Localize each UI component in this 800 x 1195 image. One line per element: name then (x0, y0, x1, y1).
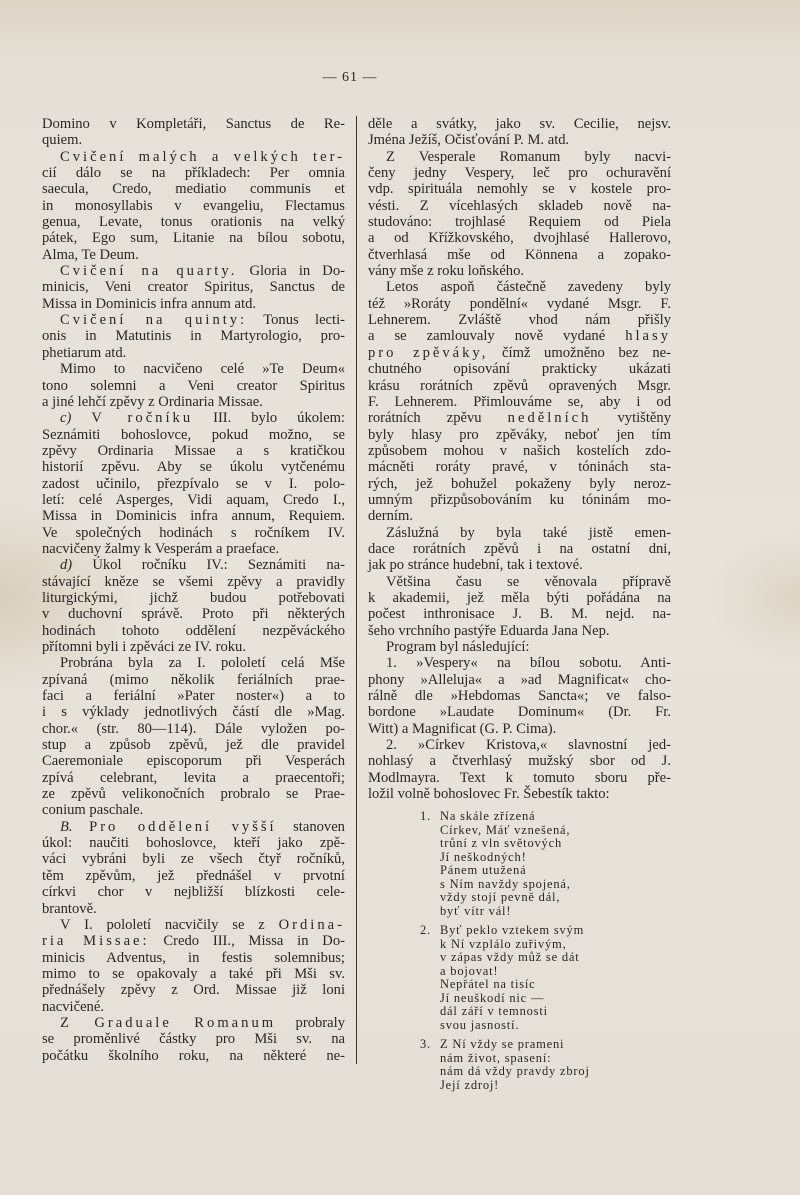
text-line: Letos aspoň částečně zavedeny byly (368, 279, 671, 295)
text-line: Witt) a Magnificat (G. P. Cima). (368, 721, 671, 737)
text-line: in monosyllabis v evangeliu, Flectamus (42, 198, 345, 214)
text-line: historií zpěvu. Aby se úkolu vytčenému (42, 459, 345, 475)
text-line: čeny jedny Vespery, leč pro ochuravění (368, 165, 671, 181)
text-line: saecula, Credo, mediatio communis et (42, 181, 345, 197)
text-line: úkol: naučiti bohoslovce, kteří jako zpě… (42, 835, 345, 851)
text-line: zpěvy Ordinaria Missae a s kratičkou (42, 443, 345, 459)
right-column-text: děle a svátky, jako sv. Cecilie, nejsv.J… (368, 116, 671, 802)
text-line: faci a feriální »Pater noster«) a to (42, 688, 345, 704)
poem-verse: trůní z vln světových (440, 837, 671, 851)
text-line: a jiné lehčí zpěvy z Ordinaria Missae. (42, 394, 345, 410)
text-line: vány mše z roku loňského. (368, 263, 671, 279)
text-line: pátek, Ego sum, Litanie na bílou sobotu, (42, 230, 345, 246)
text-line: Jména Ježíš, Očisťování P. M. atd. (368, 132, 671, 148)
text-line: Z Vesperale Romanum byly nacvi- (368, 149, 671, 165)
poem-verse: s Ním navždy spojená, (440, 878, 671, 892)
text-line: Domino v Kompletáři, Sanctus de Re- (42, 116, 345, 132)
text-line: zpívá celebrant, levita a praecentoři; (42, 770, 345, 786)
text-line: jak po stránce hudební, tak i textové. (368, 557, 671, 573)
text-line: phony »Alleluja« a »ad Magnificat« cho- (368, 672, 671, 688)
text-line: Mimo to nacvičeno celé »Te Deum« (42, 361, 345, 377)
poem-stanza: 3.Z Ní vždy se prameninám život, spasení… (420, 1038, 671, 1092)
text-line: ložil volně bohoslovec Fr. Šebestík takt… (368, 786, 671, 802)
text-line: genua, Levate, tonus orationis na velký (42, 214, 345, 230)
text-line: přednášely zpěvy z Ord. Missae již loni (42, 982, 345, 998)
text-line: počest inthronisace J. B. M. nejd. na- (368, 606, 671, 622)
text-line: Většina času se věnovala přípravě (368, 574, 671, 590)
text-line: phetiarum atd. (42, 345, 345, 361)
text-line: mimo to se opakovaly a také při Mši sv. (42, 966, 345, 982)
text-line: Alma, Te Deum. (42, 247, 345, 263)
text-line: Cvičení na quarty. Gloria in Do- (42, 263, 345, 279)
text-line: Missa in Dominicis infra annum, Requiem. (42, 508, 345, 524)
text-line: B. Pro oddělení vyšší stanoven (42, 819, 345, 835)
text-line: nohlasý a čtverhlasý mužský sbor od J. (368, 753, 671, 769)
stanza-number: 3. (420, 1038, 431, 1052)
column-divider (356, 116, 357, 1064)
poem-verse: Jí neuškodí nic — (440, 992, 671, 1006)
text-line: quiem. (42, 132, 345, 148)
text-line: Missa in Dominicis infra annum atd. (42, 296, 345, 312)
text-line: d) Úkol ročníku IV.: Seznámiti na- (42, 557, 345, 573)
text-line: liturgickými, jichž budou potřebovati (42, 590, 345, 606)
text-line: stávající kněze se všemi zpěvy a pravidl… (42, 574, 345, 590)
poem-verse: Byť peklo vztekem svým (440, 924, 671, 938)
stanza-number: 2. (420, 924, 431, 938)
text-line: chutného opisování prakticky ukázati (368, 361, 671, 377)
text-line: církvi chor v nejbližší blízkosti cele- (42, 884, 345, 900)
poem-verse: byť vítr vál! (440, 905, 671, 919)
text-line: k akademii, jež měla býti pořádána na (368, 590, 671, 606)
poem-verse: Jí neškodných! (440, 851, 671, 865)
text-line: v duchovní správě. Proto při některých (42, 606, 345, 622)
text-line: stup a způsob zpěvů, jež dle pravidel (42, 737, 345, 753)
text-line: Probrána byla za I. pololetí celá Mše (42, 655, 345, 671)
poem-verse: Z Ní vždy se prameni (440, 1038, 671, 1052)
text-line: způsobem mohou v našich kostelích zdo- (368, 443, 671, 459)
poem-verse: svou jasností. (440, 1019, 671, 1033)
text-line: hodinách tohoto oddělení nezpěváckého (42, 623, 345, 639)
text-line: Caeremoniale episcoporum při Vesperách (42, 753, 345, 769)
poem-verse: a bojovat! (440, 965, 671, 979)
text-line: zadost učinilo, přezpívalo se v I. polo- (42, 476, 345, 492)
poem-stanza: 1.Na skále zřízenáCírkev, Máť vznešená,t… (420, 810, 671, 918)
poem: 1.Na skále zřízenáCírkev, Máť vznešená,t… (420, 810, 671, 1092)
text-line: Seznámiti bohoslovce, pokud možno, se (42, 427, 345, 443)
text-line: těm zpěvům, jež přednášel v prvotní (42, 868, 345, 884)
poem-verse: Její zdroj! (440, 1079, 671, 1093)
text-line: byly hlasy pro zpěváky, neboť jen tím (368, 427, 671, 443)
text-line: minicis Adventus, in festis solemnibus; (42, 950, 345, 966)
text-line: rorátních zpěvu nedělních vytištěny (368, 410, 671, 426)
poem-stanza: 2.Byť peklo vztekem svýmk Ní vzplálo zuř… (420, 924, 671, 1032)
text-line: studováno: trojhlasé Requiem od Piela (368, 214, 671, 230)
text-line: též »Roráty pondělní« vydané Msgr. F. (368, 296, 671, 312)
text-line: se proměnlivé částky pro Mši sv. na (42, 1031, 345, 1047)
text-line: nacvičené. (42, 999, 345, 1015)
text-line: šeho vrchního pastýře Eduarda Jana Nep. (368, 623, 671, 639)
text-line: počátku školního roku, na některé ne- (42, 1048, 345, 1064)
poem-verse: Pánem utužená (440, 864, 671, 878)
text-line: krásu rorátních zpěvů opravených Msgr. (368, 378, 671, 394)
text-line: letí: celé Asperges, Vidi aquam, Credo I… (42, 492, 345, 508)
text-line: derním. (368, 508, 671, 524)
text-line: Program byl následující: (368, 639, 671, 655)
poem-verse: vždy stojí pevně dál, (440, 891, 671, 905)
text-line: Z Graduale Romanum probraly (42, 1015, 345, 1031)
text-line: bordone »Laudate Dominum« (Dr. Fr. (368, 704, 671, 720)
stanza-number: 1. (420, 810, 431, 824)
text-line: dace rorátních zpěvů i na ostatní dni, (368, 541, 671, 557)
text-line: ria Missae: Credo III., Missa in Do- (42, 933, 345, 949)
text-line: vdp. spirituála nemohly se v kostele pro… (368, 181, 671, 197)
poem-verse: Na skále zřízená (440, 810, 671, 824)
text-line: conium paschale. (42, 802, 345, 818)
text-line: tono solemni a Veni creator Spiritus (42, 378, 345, 394)
text-line: Ve společných hodinách s ročníkem IV. (42, 525, 345, 541)
text-line: c) V ročníku III. bylo úkolem: (42, 410, 345, 426)
text-line: rých, jež bohužel pokaženy byly neroz- (368, 476, 671, 492)
right-column: děle a svátky, jako sv. Cecilie, nejsv.J… (368, 116, 671, 1098)
text-line: mácněti roráty pravé, v tóninách sta- (368, 459, 671, 475)
poem-verse: Církev, Máť vznešená, (440, 824, 671, 838)
poem-verse: k Ní vzplálo zuřivým, (440, 938, 671, 952)
page-number: — 61 — (0, 70, 700, 86)
text-line: brantově. (42, 901, 345, 917)
text-line: F. Lehnerem. Přimlouváme se, aby i od (368, 394, 671, 410)
text-line: Cvičení na quinty: Tonus lecti- (42, 312, 345, 328)
text-line: nacvičeny žalmy k Vesperám a praeface. (42, 541, 345, 557)
text-line: Záslužná by byla také jistě emen- (368, 525, 671, 541)
poem-verse: nám život, spasení: (440, 1052, 671, 1066)
text-line: a se zamlouvaly nově vydané hlasy (368, 328, 671, 344)
text-line: 1. »Vespery« na bílou sobotu. Anti- (368, 655, 671, 671)
text-line: cií dálo se na příkladech: Per omnia (42, 165, 345, 181)
poem-verse: v zápas vždy můž se dát (440, 951, 671, 965)
text-line: Cvičení malých a velkých ter- (42, 149, 345, 165)
text-line: přítomni byli i zpěváci ze IV. roku. (42, 639, 345, 655)
text-line: a od Křížkovského, dvojhlasé Hallerovo, (368, 230, 671, 246)
text-line: minicis, Veni creator Spiritus, Sanctus … (42, 279, 345, 295)
text-line: váci vybráni byli ze všech čtyř ročníků, (42, 851, 345, 867)
text-line: rálně dle »Hebdomas Sancta«; ve falso- (368, 688, 671, 704)
text-line: pro zpěváky, čímž umožněno bez ne- (368, 345, 671, 361)
text-line: chor.« (str. 80—114). Dále vyložen po- (42, 721, 345, 737)
text-line: i s výklady jednotlivých částí dle »Mag. (42, 704, 345, 720)
poem-verse: nám dá vždy pravdy zbroj (440, 1065, 671, 1079)
scanned-page: — 61 — Domino v Kompletáři, Sanctus de R… (0, 0, 800, 1195)
text-line: ze zpěvů velikonočních probralo se Prae- (42, 786, 345, 802)
poem-verse: Nepřátel na tisíc (440, 978, 671, 992)
text-line: onis in Matutinis in Martyrologio, pro- (42, 328, 345, 344)
text-line: Modlmayra. Text k tomuto sboru pře- (368, 770, 671, 786)
text-line: čtverhlasá mše od Könnena a zopako- (368, 247, 671, 263)
text-line: vésti. Z vícehlasých skladeb nově na- (368, 198, 671, 214)
left-column: Domino v Kompletáři, Sanctus de Re-quiem… (42, 116, 345, 1064)
text-line: V I. pololetí nacvičily se z Ordina- (42, 917, 345, 933)
text-line: Lehnerem. Zvláště vhod nám přišly (368, 312, 671, 328)
poem-verse: dál září v temnosti (440, 1005, 671, 1019)
text-line: zpívaná (mimo několik feriálních prae- (42, 672, 345, 688)
text-line: děle a svátky, jako sv. Cecilie, nejsv. (368, 116, 671, 132)
text-line: 2. »Církev Kristova,« slavnostní jed- (368, 737, 671, 753)
text-line: umným přizpůsobováním ku tóninám mo- (368, 492, 671, 508)
